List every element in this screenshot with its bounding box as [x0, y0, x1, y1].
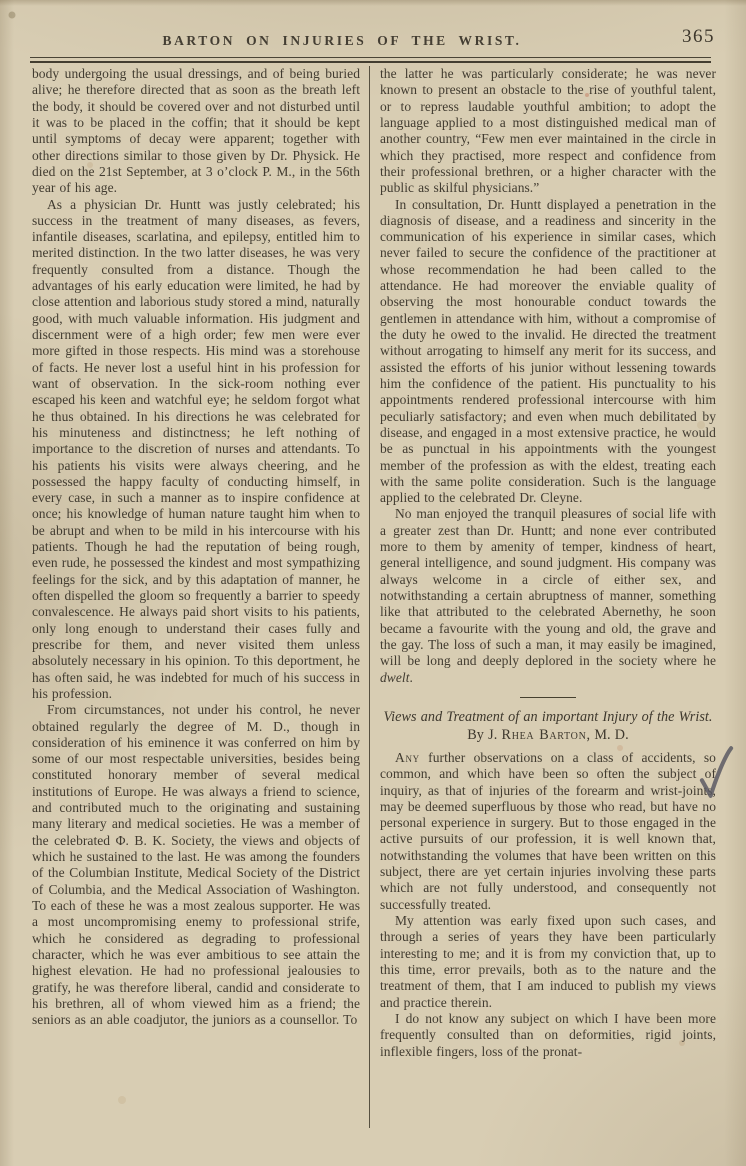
author-suffix: , M. D.: [587, 727, 629, 743]
italic-word: dwelt: [380, 670, 410, 685]
paragraph: In consultation, Dr. Huntt displayed a p…: [380, 197, 716, 507]
section-divider-rule: [520, 697, 576, 698]
paragraph-continuation: body undergoing the usual dressings, and…: [32, 66, 360, 197]
journal-page: BARTON ON INJURIES OF THE WRIST. 365 bod…: [0, 0, 746, 1166]
paragraph-text: .: [410, 670, 413, 685]
paragraph-continuation: the latter he was particularly considera…: [380, 66, 716, 197]
header-double-rule: [30, 57, 711, 63]
article-title: Views and Treatment of an important Inju…: [384, 709, 713, 725]
paragraph-text: No man enjoyed the tranquil pleasures of…: [380, 506, 716, 668]
byline: By J.: [467, 727, 497, 743]
left-column: body undergoing the usual dressings, and…: [32, 66, 369, 1128]
text-body: body undergoing the usual dressings, and…: [32, 66, 716, 1128]
author-name: Rhea Barton: [502, 727, 587, 743]
paragraph: Any further observations on a class of a…: [380, 750, 716, 913]
page-number: 365: [682, 26, 715, 48]
lead-word: Any: [395, 750, 420, 765]
article-heading: Views and Treatment of an important Inju…: [382, 708, 714, 744]
right-column: the latter he was particularly considera…: [369, 66, 716, 1128]
paragraph: As a physician Dr. Huntt was justly cele…: [32, 197, 360, 703]
paragraph: From circumstances, not under his contro…: [32, 702, 360, 1028]
paragraph: I do not know any subject on which I hav…: [380, 1011, 716, 1060]
paragraph-text: further observations on a class of accid…: [380, 750, 716, 912]
paragraph: My attention was early fixed upon such c…: [380, 913, 716, 1011]
pencil-checkmark-icon: [699, 744, 734, 801]
paragraph: No man enjoyed the tranquil pleasures of…: [380, 506, 716, 685]
running-title: BARTON ON INJURIES OF THE WRIST.: [0, 33, 684, 49]
